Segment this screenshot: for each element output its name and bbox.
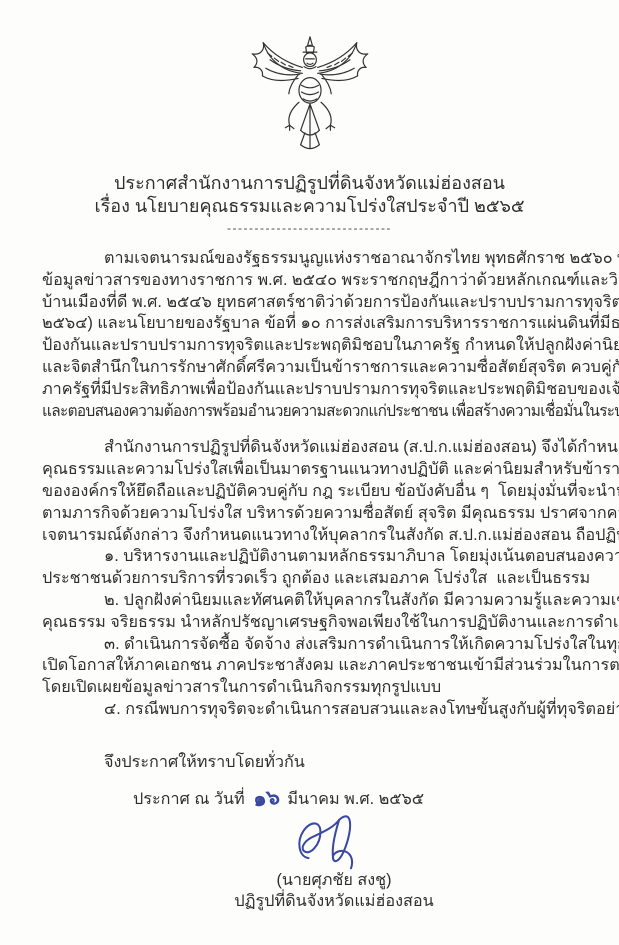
text-line: ๒๕๖๔) และนโยบายของรัฐบาล ข้อที่ ๑๐ การส่…: [42, 313, 581, 335]
text-line: ๒. ปลูกฝังค่านิยมและทัศนคติให้บุคลากรในส…: [42, 590, 581, 612]
issuance-prefix: ประกาศ ณ วันที่: [133, 790, 245, 808]
paragraph: ๔. กรณีพบการทุจริตจะดำเนินการสอบสวนและลง…: [42, 699, 581, 721]
text-line: และตอบสนองความต้องการพร้อมอำนวยความสะดวก…: [42, 401, 554, 423]
paragraph: สำนักงานการปฏิรูปที่ดินจังหวัดแม่ฮ่องสอน…: [42, 437, 581, 546]
text-line: เรื่อง นโยบายคุณธรรมและความโปร่งใสประจำป…: [0, 195, 619, 218]
text-line: สำนักงานการปฏิรูปที่ดินจังหวัดแม่ฮ่องสอน…: [42, 437, 581, 459]
text-line: ๑. บริหารงานและปฏิบัติงานตามหลักธรรมาภิบ…: [42, 546, 581, 568]
text-line: ข้อมูลข่าวสารของทางราชการ พ.ศ. ๒๕๔๐ พระร…: [42, 270, 581, 292]
signature-block: (นายศุภชัย สงชู) ปฏิรูปที่ดินจังหวัดแม่ฮ…: [214, 814, 454, 912]
text-line: บ้านเมืองที่ดี พ.ศ. ๒๕๔๖ ยุทธศาสตร์ชาติว…: [42, 292, 581, 314]
garuda-emblem-icon: [242, 34, 378, 162]
signature-scribble-icon: [291, 814, 377, 870]
text-line: ป้องกันและปราบปรามการทุจริตและประพฤติมิช…: [42, 335, 581, 357]
issuance-date-line: ประกาศ ณ วันที่๑๖มีนาคม พ.ศ. ๒๕๖๕: [133, 787, 581, 811]
text-line: คุณธรรมและความโปร่งใสเพื่อเป็นมาตรฐานแนว…: [42, 459, 581, 481]
text-line: ประชาชนด้วยการบริการที่รวดเร็ว ถูกต้อง แ…: [42, 568, 581, 590]
emblem-container: [0, 0, 619, 162]
closing-statement: จึงประกาศให้ทราบโดยทั่วกัน: [42, 752, 581, 774]
paragraph: ๑. บริหารงานและปฏิบัติงานตามหลักธรรมาภิบ…: [42, 546, 581, 590]
dashed-divider: ------------------------------: [0, 221, 619, 235]
issuance-suffix: มีนาคม พ.ศ. ๒๕๖๕: [287, 790, 424, 808]
text-line: ตามภารกิจด้วยความโปร่งใส บริหารด้วยความซ…: [42, 503, 581, 525]
text-line: ๔. กรณีพบการทุจริตจะดำเนินการสอบสวนและลง…: [42, 699, 581, 721]
paragraphs: ตามเจตนารมณ์ของรัฐธรรมนูญแห่งราชอาณาจักร…: [42, 248, 581, 721]
document-body: ตามเจตนารมณ์ของรัฐธรรมนูญแห่งราชอาณาจักร…: [42, 248, 581, 912]
signature-area: [214, 814, 454, 870]
paragraph: ๓. ดำเนินการจัดซื้อ จัดจ้าง ส่งเสริมการด…: [42, 634, 581, 699]
text-line: ภาครัฐที่มีประสิทธิภาพเพื่อป้องกันและปรา…: [42, 379, 581, 401]
signer-position: ปฏิรูปที่ดินจังหวัดแม่ฮ่องสอน: [214, 891, 454, 912]
announcement-document: ประกาศสำนักงานการปฏิรูปที่ดินจังหวัดแม่ฮ…: [0, 0, 619, 945]
text-line: และจิตสำนึกในการรักษาศักดิ์ศรีความเป็นข้…: [42, 357, 581, 379]
signer-name: (นายศุภชัย สงชู): [214, 870, 454, 891]
text-line: เจตนารมณ์ดังกล่าว จึงกำหนดแนวทางให้บุคลา…: [42, 525, 581, 547]
handwritten-day: ๑๖: [252, 786, 281, 810]
text-line: โดยเปิดเผยข้อมูลข่าวสารในการดำเนินกิจกรร…: [42, 677, 581, 699]
paragraph: ๒. ปลูกฝังค่านิยมและทัศนคติให้บุคลากรในส…: [42, 590, 581, 634]
text-line: ๓. ดำเนินการจัดซื้อ จัดจ้าง ส่งเสริมการด…: [42, 634, 581, 656]
text-line: เปิดโอกาสให้ภาคเอกชน ภาคประชาสังคม และภา…: [42, 655, 581, 677]
text-line: ประกาศสำนักงานการปฏิรูปที่ดินจังหวัดแม่ฮ…: [0, 172, 619, 195]
paragraph: ตามเจตนารมณ์ของรัฐธรรมนูญแห่งราชอาณาจักร…: [42, 248, 581, 422]
text-line: คุณธรรม จริยธรรม นำหลักปรัชญาเศรษฐกิจพอเ…: [42, 612, 581, 634]
text-line: ตามเจตนารมณ์ของรัฐธรรมนูญแห่งราชอาณาจักร…: [42, 248, 581, 270]
text-line: ขององค์กรให้ยึดถือและปฏิบัติควบคู่กับ กฎ…: [42, 481, 581, 503]
document-title: ประกาศสำนักงานการปฏิรูปที่ดินจังหวัดแม่ฮ…: [0, 172, 619, 218]
